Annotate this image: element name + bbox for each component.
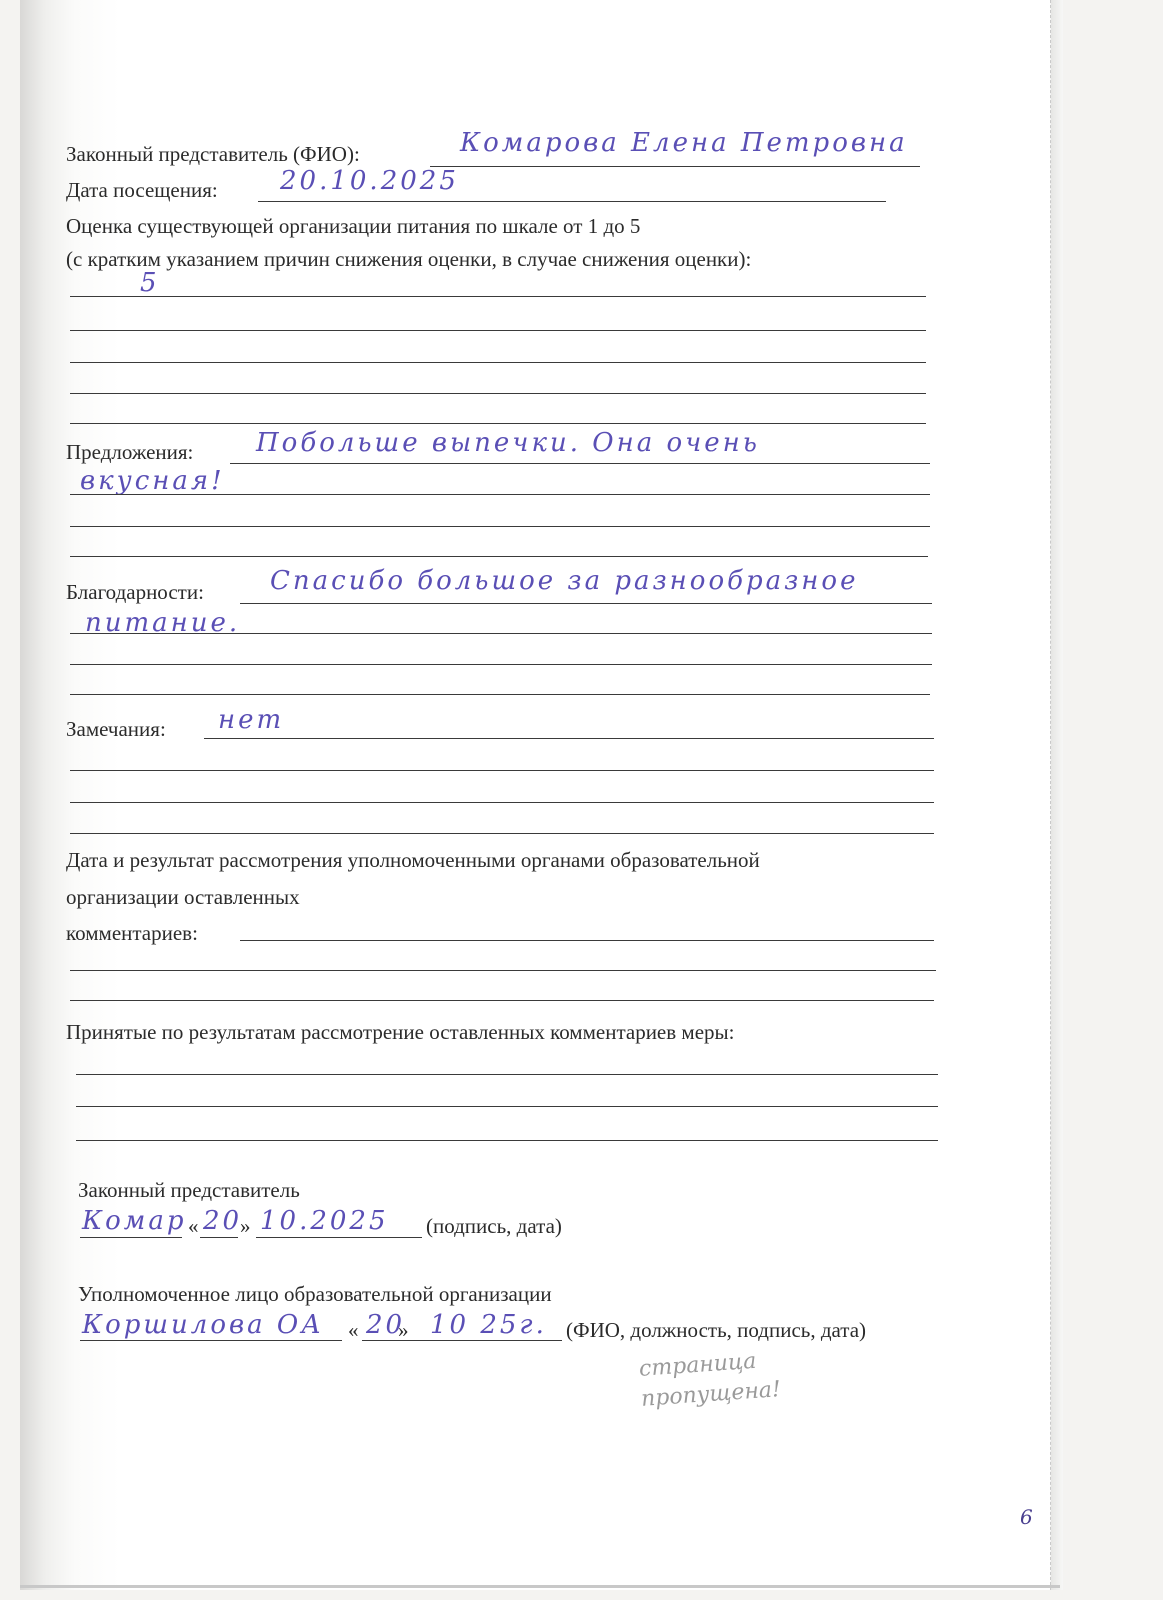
visit-date-underline — [258, 201, 886, 202]
rating-line — [70, 330, 926, 331]
rep-day: 20 — [203, 1206, 242, 1236]
suggestions-line-1: Побольше выпечки. Она очень — [256, 428, 760, 458]
remarks-line — [70, 770, 934, 771]
representative-label: Законный представитель (ФИО): — [66, 142, 360, 167]
official-title: Уполномоченное лицо образовательной орга… — [78, 1282, 552, 1307]
representative-value: Комарова Елена Петровна — [460, 128, 908, 158]
page-bottom-edge — [20, 1585, 1060, 1588]
thanks-line — [70, 664, 932, 665]
rep-sign-hint: (подпись, дата) — [426, 1214, 562, 1239]
quote-close: » — [240, 1214, 251, 1239]
representative-underline — [430, 166, 920, 167]
official-date: 10 25г. — [430, 1310, 547, 1340]
official-name: Коршилова ОА — [82, 1310, 324, 1340]
thanks-line — [70, 633, 932, 634]
rep-signature-line — [80, 1237, 182, 1238]
measures-line — [76, 1140, 938, 1141]
remarks-line — [70, 833, 934, 834]
remarks-label: Замечания: — [66, 717, 166, 742]
rating-line — [70, 393, 926, 394]
suggestions-line-2: вкусная! — [80, 466, 225, 496]
rating-value: 5 — [140, 268, 160, 298]
official-hint: (ФИО, должность, подпись, дата) — [566, 1318, 866, 1343]
official-date-line — [362, 1340, 562, 1341]
suggestions-line — [70, 494, 930, 495]
review-label-3: комментариев: — [66, 921, 198, 946]
review-label-2: организации оставленных — [66, 885, 300, 910]
suggestions-line — [70, 556, 928, 557]
rep-signature: Комар — [82, 1206, 186, 1236]
rating-line — [70, 296, 926, 297]
thanks-line — [240, 603, 932, 604]
measures-label: Принятые по результатам рассмотрение ост… — [66, 1020, 734, 1045]
rep-date-line — [256, 1237, 422, 1238]
review-label-1: Дата и результат рассмотрения уполномоче… — [66, 848, 760, 873]
rep-sign-title: Законный представитель — [78, 1178, 300, 1203]
quote-open: « — [188, 1214, 199, 1239]
suggestions-label: Предложения: — [66, 440, 193, 465]
remarks-value: нет — [218, 705, 284, 735]
visit-date-label: Дата посещения: — [66, 178, 218, 203]
review-line — [70, 970, 936, 971]
suggestions-line — [70, 526, 930, 527]
remarks-line — [204, 738, 934, 739]
official-name-line — [80, 1340, 342, 1341]
review-line — [70, 1000, 934, 1001]
measures-line — [76, 1074, 938, 1075]
quote-open: « — [348, 1318, 359, 1343]
thanks-label: Благодарности: — [66, 580, 204, 605]
rating-line — [70, 362, 926, 363]
thanks-line — [70, 694, 930, 695]
rating-label-2: (с кратким указанием причин снижения оце… — [66, 247, 751, 272]
suggestions-line — [230, 463, 930, 464]
rep-day-line — [200, 1237, 238, 1238]
visit-date-value: 20.10.2025 — [280, 166, 459, 196]
rep-date: 10.2025 — [260, 1206, 389, 1236]
rating-label-1: Оценка существующей организации питания … — [66, 214, 640, 239]
thanks-line-1: Спасибо большое за разнообразное — [270, 566, 858, 596]
pencil-note: страница пропущена! — [638, 1345, 782, 1415]
remarks-line — [70, 802, 934, 803]
review-line — [240, 940, 934, 941]
measures-line — [76, 1106, 938, 1107]
page-edge — [1050, 0, 1063, 1590]
rating-line — [70, 423, 926, 424]
page-number: 6 — [1020, 1505, 1033, 1529]
